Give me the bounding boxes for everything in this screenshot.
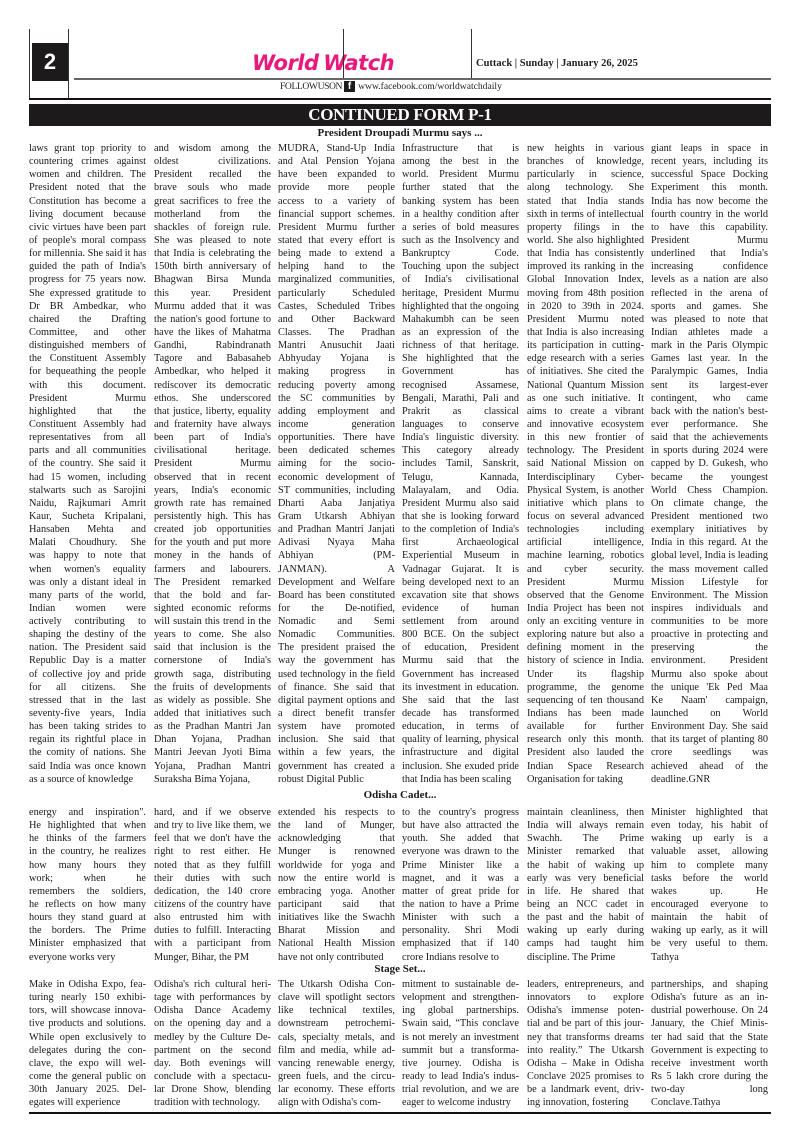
text-line: programme, the genome <box>527 681 644 694</box>
text-line: chaired the Drafting <box>29 313 146 326</box>
text-line: hard, and if we observe <box>154 806 271 819</box>
text-line: initiatives like the Swachh <box>278 911 395 924</box>
text-line: summit but a transforma- <box>402 1044 519 1057</box>
text-line: regain its rightful place in <box>29 733 146 746</box>
text-line: partnerships, and shaping <box>651 978 768 991</box>
text-line: that India is also increasing <box>527 326 644 339</box>
article-column: Odisha's rich cultural heri-tage with pe… <box>154 978 271 1109</box>
text-line: Classes. The Pradhan <box>278 326 395 339</box>
text-line: first Archaeological <box>402 536 519 549</box>
text-line: medley by the Culture De- <box>154 1031 271 1044</box>
text-line: mark in the Paris Olympic <box>651 339 768 352</box>
text-line: heritage, President Murmu <box>402 287 519 300</box>
text-line: the land of Munger, <box>278 819 395 832</box>
text-line: stalwarts such as Sarojini <box>29 484 146 497</box>
text-line: Rs 5 lakh crore during the <box>651 1070 768 1083</box>
text-line: Government has <box>402 365 519 378</box>
text-line: used technology in the field <box>278 668 395 681</box>
text-line: the comity of nations. She <box>29 746 146 759</box>
text-line: making progress in <box>278 365 395 378</box>
text-line: Tathya <box>651 951 768 964</box>
text-line: President mentioned two <box>651 510 768 523</box>
text-line: worldwide for yoga and <box>278 859 395 872</box>
text-line: many parts of the world, <box>29 589 146 602</box>
article-column: extended his respects tothe land of Mung… <box>278 806 395 964</box>
text-line: Paralympic Games, India <box>651 365 768 378</box>
text-line: Dharti Aaba Janjatiya <box>278 497 395 510</box>
text-line: She highlighted that the <box>402 352 519 365</box>
text-line: available for further <box>527 720 644 733</box>
text-line: capped by D. Gukesh, who <box>651 457 768 470</box>
text-line: film and media, while ad- <box>278 1044 395 1057</box>
text-line: Odisha's rich cultural heri- <box>154 978 271 991</box>
text-line: and innovative ecosystem <box>527 418 644 431</box>
text-line: of collective joy and pride <box>29 668 146 681</box>
text-line: personality. Shri Modi <box>402 924 519 937</box>
text-line: She expressed gratitude to <box>29 287 146 300</box>
text-line: acknowledging that <box>278 832 395 845</box>
text-line: waking up early, as it will <box>651 924 768 937</box>
text-line: President Murmu <box>29 392 146 405</box>
text-line: robust Digital Public <box>278 773 395 786</box>
text-line: like technical textiles, <box>278 1004 395 1017</box>
text-line: financial support schemes. <box>278 208 395 221</box>
text-line: stated that every effort is <box>278 234 395 247</box>
article-column: hard, and if we observeand try to live l… <box>154 806 271 964</box>
masthead-left-rule <box>29 29 30 99</box>
text-line: clave will spotlight sectors <box>278 991 395 1004</box>
text-line: Swachh. The Prime <box>527 832 644 845</box>
logo: World Watch <box>252 46 344 80</box>
text-line: noted that as they fulfill <box>154 859 271 872</box>
text-line: National Health Mission <box>278 937 395 950</box>
text-line: India will always remain <box>527 819 644 832</box>
article-column: The Utkarsh Odisha Con-clave will spotli… <box>278 978 395 1109</box>
text-line: everyone was drawn to the <box>402 845 519 858</box>
text-line: research only this month. <box>527 733 644 746</box>
text-line: Abhiyan (PM- <box>278 549 395 562</box>
text-line: includes Tamil, Sanskrit, <box>402 457 519 470</box>
text-line: representatives from all <box>29 431 146 444</box>
text-line: quality of learning, physical <box>402 733 519 746</box>
text-line: right to rest either. He <box>154 845 271 858</box>
text-line: and wisdom among the <box>154 142 271 155</box>
text-line: technology. The President <box>527 444 644 457</box>
text-line: Committee, and other <box>29 326 146 339</box>
text-line: for the youth and put more <box>154 536 271 549</box>
text-line: tors, will showcase innova- <box>29 1004 146 1017</box>
text-line: On climate change, the <box>651 497 768 510</box>
text-line: that its target of planting 80 <box>651 733 768 746</box>
text-line: Yojana, Pradhan Mantri <box>154 760 271 773</box>
text-line: became the youngest <box>651 471 768 484</box>
text-line: with a participant from <box>154 937 271 950</box>
text-line: new heights in various <box>527 142 644 155</box>
text-line: branches of knowledge, <box>527 155 644 168</box>
text-line: Mission Lifestyle for <box>651 576 768 589</box>
text-line: Telugu, Kannada, <box>402 471 519 484</box>
text-line: tage with performances by <box>154 991 271 1004</box>
text-line: reflected in the arena of <box>651 287 768 300</box>
text-line: world. She also highlighted <box>527 234 644 247</box>
text-line: the nation to have a Prime <box>402 898 519 911</box>
text-line: remembers the soldiers, <box>29 885 146 898</box>
text-line: said India was once known <box>29 760 146 773</box>
text-line: be very useful to them. <box>651 937 768 950</box>
article-column: and wisdom among theoldest civilizations… <box>154 142 271 786</box>
text-line: in sports during 2024 were <box>651 444 768 457</box>
text-line: further stated that the <box>402 181 519 194</box>
article-column: mitment to sustainable de-velopment and … <box>402 978 519 1109</box>
text-line: such as the Insolvency and <box>402 234 519 247</box>
text-line: income generation <box>278 418 395 431</box>
text-line: of initiatives. She cited the <box>527 365 644 378</box>
text-line: lar economy. These efforts <box>278 1083 395 1096</box>
text-line: Bankruptcy Code. <box>402 247 519 260</box>
text-line: President Murmu <box>527 576 644 589</box>
text-line: President Murmu <box>154 457 271 470</box>
text-line: Hansaben Mehta and <box>29 523 146 536</box>
text-line: nation. The President said <box>29 641 146 654</box>
text-line: of education, President <box>402 641 519 654</box>
text-line: created job opportunities <box>154 523 271 536</box>
text-line: duties to fulfill. Interacting <box>154 924 271 937</box>
facebook-icon[interactable]: f <box>344 81 355 92</box>
text-line: that India is celebrating the <box>154 247 271 260</box>
text-line: settlement from around <box>402 615 519 628</box>
text-line: seventy-five years, India <box>29 707 146 720</box>
text-line: of India's civilisational <box>402 273 519 286</box>
section-title-odisha-cadet: Odisha Cadet... <box>29 789 771 801</box>
text-line: feel that we don't have the <box>154 832 271 845</box>
text-line: have the likes of Mahatma <box>154 326 271 339</box>
text-line: lar Drone Show, blending <box>154 1083 271 1096</box>
follow-us-bar: FOLLOWUSON f www.facebook.com/worldwatch… <box>280 80 502 93</box>
text-line: motherland from the <box>154 208 271 221</box>
text-line: launched on World <box>651 707 768 720</box>
text-line: communities to be more <box>651 615 768 628</box>
text-line: citizens of the country have <box>154 898 271 911</box>
text-line: brave souls who made <box>154 181 271 194</box>
text-line: participant said that <box>278 898 395 911</box>
text-line: Abhyuday Yojana is <box>278 352 395 365</box>
text-line: While open exclusively to <box>29 1031 146 1044</box>
text-line: of people's moral compass <box>29 234 146 247</box>
text-line: Board has been constituted <box>278 589 395 602</box>
text-line: tasks before the world <box>651 872 768 885</box>
text-line: infrastructure and digital <box>402 746 519 759</box>
text-line: Dr BR Ambedkar, who <box>29 300 146 313</box>
text-line: National Quantum Mission <box>527 379 644 392</box>
text-line: Development and Welfare <box>278 576 395 589</box>
text-line: progress for 75 years now. <box>29 273 146 286</box>
text-line: and cyber security. <box>527 563 644 576</box>
text-line: Games last year. In the <box>651 352 768 365</box>
text-line: moving from 48th position <box>527 287 644 300</box>
text-line: for millennia. She said it has <box>29 247 146 260</box>
text-line: trial revolution, and we are <box>402 1083 519 1096</box>
text-line: Constituent Assembly had <box>29 418 146 431</box>
text-line: sequencing of ten thousand <box>527 694 644 707</box>
text-line: dustrial powerhouse. On 24 <box>651 1004 768 1017</box>
article-column: new heights in variousbranches of knowle… <box>527 142 644 786</box>
text-line: initiative which plans to <box>527 497 644 510</box>
text-line: focus on several advanced <box>527 510 644 523</box>
article-column: leaders, entrepreneurs, andinnovators to… <box>527 978 644 1109</box>
text-line: said that the achievements <box>651 431 768 444</box>
text-line: ever performance. She <box>651 418 768 431</box>
text-line: Experiential Museum in <box>402 549 519 562</box>
text-line: mitment to sustainable de- <box>402 978 519 991</box>
text-line: vancing renewable energy, <box>278 1057 395 1070</box>
text-line: Global Innovation Index, <box>527 273 644 286</box>
section-title-president: President Droupadi Murmu says ... <box>29 127 771 139</box>
text-line: living document because <box>29 208 146 221</box>
text-line: is not merely an investment <box>402 1031 519 1044</box>
text-line: Swain said, “This conclave <box>402 1017 519 1030</box>
text-line: innovators to explore <box>527 991 644 1004</box>
text-line: President also lauded the <box>527 746 644 759</box>
text-line: environment. President <box>651 654 768 667</box>
text-line: richness of that heritage. <box>402 339 519 352</box>
text-line: MUDRA, Stand-Up India <box>278 142 395 155</box>
text-line: world. President Murmu <box>402 168 519 181</box>
text-line: Under its flagship <box>527 668 644 681</box>
text-line: discipline. The Prime <box>527 951 644 964</box>
text-line: Minister emphasized that <box>29 937 146 950</box>
text-line: been dedicated schemes <box>278 444 395 457</box>
text-line: been part of India's <box>154 431 271 444</box>
text-line: digital payment options and <box>278 694 395 707</box>
text-line: egates will experience <box>29 1096 146 1109</box>
text-line: added that initiatives such <box>154 707 271 720</box>
text-line: ing global partnerships. <box>402 1004 519 1017</box>
text-line: women and children. The <box>29 168 146 181</box>
text-line: technologies including <box>527 523 644 536</box>
text-line: and fraternity have always <box>154 418 271 431</box>
text-line: way the government has <box>278 654 395 667</box>
article-column: energy and inspiration".He highlighted t… <box>29 806 146 964</box>
text-line: growth rate has remained <box>154 497 271 510</box>
article-column: giant leaps in space inrecent years, inc… <box>651 142 768 786</box>
text-line: system have promoted <box>278 720 395 733</box>
text-line: was only a distant ideal in <box>29 576 146 589</box>
text-line: delegates during the con- <box>29 1044 146 1057</box>
text-line: 30th January 2025. Del- <box>29 1083 146 1096</box>
text-line: to have this capability. <box>651 221 768 234</box>
text-line: recent years, including its <box>651 155 768 168</box>
text-line: magnet, and it was a <box>402 872 519 885</box>
text-line: shaping the destiny of the <box>29 628 146 641</box>
text-line: as one such initiative. It <box>527 392 644 405</box>
text-line: have been expanded to <box>278 168 395 181</box>
text-line: ing innovation, fostering <box>527 1096 644 1109</box>
text-line: 150th birth anniversary of <box>154 260 271 273</box>
text-line: conclude with a spectacu- <box>154 1070 271 1083</box>
text-line: opportunities. There have <box>278 431 395 444</box>
text-line: Nomadic Communities. <box>278 628 395 641</box>
text-line: its participation in cutting- <box>527 339 644 352</box>
text-line: Government has increased <box>402 668 519 681</box>
text-line: Gram Utkarsh Abhiyan <box>278 510 395 523</box>
text-line: inclusion. She exuded pride <box>402 760 519 773</box>
text-line: Murmu added that it was <box>154 300 271 313</box>
text-line: edge research with a series <box>527 352 644 365</box>
text-line: Munger is renowned <box>278 845 395 858</box>
text-line: matter of great pride for <box>402 885 519 898</box>
text-line: exploring nature but also a <box>527 628 644 641</box>
article-column: Minister highlighted thateven today, his… <box>651 806 768 964</box>
text-line: Adivasi Nyaya Maha <box>278 536 395 549</box>
text-line: Republic Day is a matter <box>29 654 146 667</box>
text-line: India in this regard. At the <box>651 536 768 549</box>
text-line: early was very beneficial <box>527 872 644 885</box>
text-line: Minister remarked that <box>527 845 644 858</box>
text-line: government has created a <box>278 760 395 773</box>
text-line: JANMAN). A <box>278 563 395 576</box>
text-line: Odisha Dance Academy <box>154 1004 271 1017</box>
text-line: come the general public on <box>29 1070 146 1083</box>
text-line: Gandhi, Rabindranath <box>154 339 271 352</box>
text-line: valuable asset, allowing <box>651 845 768 858</box>
text-line: as widely as possible. She <box>154 694 271 707</box>
text-line: cornerstone of India's <box>154 654 271 667</box>
text-line: parts and all communities <box>29 444 146 457</box>
text-line: sent its largest-ever <box>651 379 768 392</box>
text-line: the past and the habit of <box>527 911 644 924</box>
text-line: with this document. <box>29 379 146 392</box>
text-line: him to complete many <box>651 859 768 872</box>
text-line: even today, his habit of <box>651 819 768 832</box>
text-line: has been taking strides to <box>29 720 146 733</box>
follow-label: FOLLOWUSON <box>280 81 342 92</box>
text-line: January, the Chief Minis- <box>651 1017 768 1030</box>
text-line: The president praised the <box>278 641 395 654</box>
text-line: Nomadic and Semi <box>278 615 395 628</box>
text-line: maintain the habit of <box>651 911 768 924</box>
text-line: Murmu also spoke about <box>651 668 768 681</box>
text-line: of finance. She said that <box>278 681 395 694</box>
text-line: recognised Assamese, <box>402 379 519 392</box>
text-line: Odisha's immense poten- <box>527 1004 644 1017</box>
text-line: back with the nation's best- <box>651 405 768 418</box>
text-line: everyone works very <box>29 951 146 964</box>
text-line: for the De-notified, <box>278 602 395 615</box>
text-line: preserving the <box>651 641 768 654</box>
text-line: persistently high. This has <box>154 510 271 523</box>
text-line: sports and games. She <box>651 300 768 313</box>
text-line: turing nearly 150 exhibi- <box>29 991 146 1004</box>
text-line: distinguished members of <box>29 339 146 352</box>
text-line: Organisation for taking <box>527 773 644 786</box>
text-line: embracing yoga. Another <box>278 885 395 898</box>
text-line: Environment. The Mission <box>651 589 768 602</box>
text-line: the borders. The Prime <box>29 924 146 937</box>
text-line: proactive in protecting and <box>651 628 768 641</box>
text-line: Bharat Mission and <box>278 924 395 937</box>
text-line: oldest civilizations. <box>154 155 271 168</box>
text-line: Prakrit as classical <box>402 405 519 418</box>
text-line: Conclave.Tathya <box>651 1096 768 1109</box>
text-line: years to come. She also <box>154 628 271 641</box>
text-line: fourth country in the world <box>651 208 768 221</box>
text-line: India's linguistic diversity. <box>402 431 519 444</box>
article-column: partnerships, and shapingOdisha's future… <box>651 978 768 1109</box>
text-line: but have also attracted the <box>402 819 519 832</box>
text-line: Interdisciplinary Cyber- <box>527 471 644 484</box>
text-line: and Other Backward <box>278 313 395 326</box>
text-line: Malayalam, and Odia. <box>402 484 519 497</box>
text-line: economic development of <box>278 471 395 484</box>
text-line: camps had taught him <box>527 937 644 950</box>
text-line: Government is expecting to <box>651 1044 768 1057</box>
text-line: President Murmu also said <box>402 497 519 510</box>
text-line: actively contributing to <box>29 615 146 628</box>
text-line: 800 BCE. On the subject <box>402 628 519 641</box>
text-line: two-day long <box>651 1083 768 1096</box>
text-line: as the Pradhan Mantri Jan <box>154 720 271 733</box>
text-line: encouraged everyone to <box>651 898 768 911</box>
facebook-link[interactable]: www.facebook.com/worldwatchdaily <box>358 81 502 92</box>
text-line: as a source of knowledge <box>29 773 146 786</box>
text-line: wakes up. He <box>651 885 768 898</box>
text-line: along technology. She <box>527 181 644 194</box>
text-line: banking system has been <box>402 195 519 208</box>
text-line: Experiment this month. <box>651 181 768 194</box>
text-line: a direct benefit transfer <box>278 707 395 720</box>
text-line: Naidu, Rajkumari Amrit <box>29 497 146 510</box>
text-line: be a landmark event, driv- <box>527 1083 644 1096</box>
text-line: Kaur, Sucheta Kripalani, <box>29 510 146 523</box>
text-line: aiming for the socio- <box>278 457 395 470</box>
text-line: civic virtues have been part <box>29 221 146 234</box>
dateline-left-rule <box>471 29 472 79</box>
text-line: Physical System, is another <box>527 484 644 497</box>
page-number: 2 <box>32 43 68 81</box>
dateline: Cuttack | Sunday | January 26, 2025 <box>476 58 638 69</box>
text-line: inclusion. She said that <box>278 733 395 746</box>
text-line: Indian athletes made a <box>651 326 768 339</box>
text-line: ethos. She underscored <box>154 392 271 405</box>
text-line: aims to create a vibrant <box>527 405 644 418</box>
text-line: Mahakumbh can be seen <box>402 313 519 326</box>
text-line: he reflects on how many <box>29 898 146 911</box>
text-line: India has now become the <box>651 195 768 208</box>
text-line: This category already <box>402 444 519 457</box>
text-line: and Atal Pension Yojana <box>278 155 395 168</box>
text-line: was happy to note that <box>29 549 146 562</box>
logo-part1: World <box>252 51 319 75</box>
text-line: tive products and solutions. <box>29 1017 146 1030</box>
text-line: Mantri Jeevan Jyoti Bima <box>154 746 271 759</box>
text-line: ready to lead India's indus- <box>402 1070 519 1083</box>
article-column: laws grant top priority tocountering cri… <box>29 142 146 786</box>
text-line: the SC communities by <box>278 392 395 405</box>
text-line: great sacrifices to free the <box>154 195 271 208</box>
text-line: Indian Space Research <box>527 760 644 773</box>
text-line: excavation site that shows <box>402 589 519 602</box>
text-line: clave, the expo will wel- <box>29 1057 146 1070</box>
text-line: being an NCC cadet in <box>527 898 644 911</box>
text-line: in 2020 to 39th in 2024. <box>527 300 644 313</box>
text-line: only an exciting venture in <box>527 615 644 628</box>
text-line: how many hours they <box>29 859 146 872</box>
text-line: waking up early is a <box>651 832 768 845</box>
text-line: to the completion of India's <box>402 523 519 536</box>
text-line: their duties with such <box>154 872 271 885</box>
text-line: deadline.GNR <box>651 773 768 786</box>
text-line: She was pleased to note <box>154 234 271 247</box>
